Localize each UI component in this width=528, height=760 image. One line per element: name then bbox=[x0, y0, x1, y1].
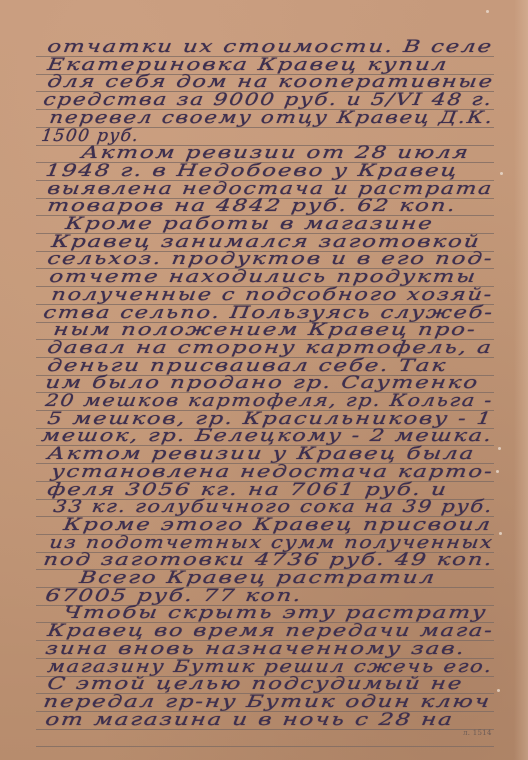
handwritten-line: Всего Кравец растратил bbox=[78, 568, 437, 588]
handwritten-line: 33 кг. голубичного сока на 39 руб. bbox=[52, 497, 495, 517]
handwritten-line: Кроме работы в магазине bbox=[64, 214, 435, 234]
handwritten-line: под заготовки 4736 руб. 49 коп. bbox=[42, 550, 495, 570]
handwritten-line: от магазина и в ночь с 28 на bbox=[44, 710, 455, 730]
handwritten-line: отчете находились продукты bbox=[48, 267, 478, 287]
handwritten-line: давал на сторону картофель, а bbox=[46, 338, 494, 358]
handwritten-line: установлена недостача карто- bbox=[50, 462, 495, 482]
handwritten-line: полученные с подсобного хозяй- bbox=[50, 285, 495, 305]
handwritten-line: сельхоз. продуктов и в его под- bbox=[46, 249, 495, 269]
handwritten-line: зина вновь назначенному зав. bbox=[44, 639, 467, 659]
handwritten-line: отчатки их стоимости. В селе bbox=[46, 37, 494, 57]
handwritten-line: Чтобы скрыть эту растрату bbox=[62, 603, 489, 623]
archive-page-stamp: л. 1514 bbox=[463, 729, 492, 737]
handwritten-line: 20 мешков картофеля, гр. Кольга - bbox=[44, 391, 494, 411]
handwritten-line: 1948 г. в Недобоево у Кравец bbox=[44, 161, 460, 181]
handwritten-line: средства за 9000 руб. и 5/VI 48 г. bbox=[42, 90, 494, 110]
handwritten-text: отчатки их стоимости. В селеЕкатериновка… bbox=[0, 0, 528, 760]
document-page: отчатки их стоимости. В селеЕкатериновка… bbox=[0, 0, 528, 760]
handwritten-line: Кроме этого Кравец присвоил bbox=[62, 515, 493, 535]
handwritten-line: им было продано гр. Саутенко bbox=[44, 373, 480, 393]
handwritten-line: для себя дом на кооперативные bbox=[46, 72, 495, 92]
handwritten-line: перевел своему отцу Кравец Д.К. bbox=[48, 108, 495, 128]
handwritten-line: Актом ревизии от 28 июля bbox=[80, 143, 471, 163]
handwritten-line: мешок, гр. Белецкому - 2 мешка. bbox=[40, 426, 494, 446]
handwritten-line: ным положением Кравец про- bbox=[52, 320, 478, 340]
handwritten-line: С этой целью подсудимый не bbox=[46, 674, 465, 694]
handwritten-line: передал гр-ну Бутик один ключ bbox=[42, 692, 492, 712]
handwritten-line: товаров на 4842 руб. 62 коп. bbox=[46, 196, 458, 216]
handwritten-line: Кравец во время передачи мага- bbox=[46, 621, 495, 641]
handwritten-line: Актом ревизии у Кравец была bbox=[46, 444, 477, 464]
